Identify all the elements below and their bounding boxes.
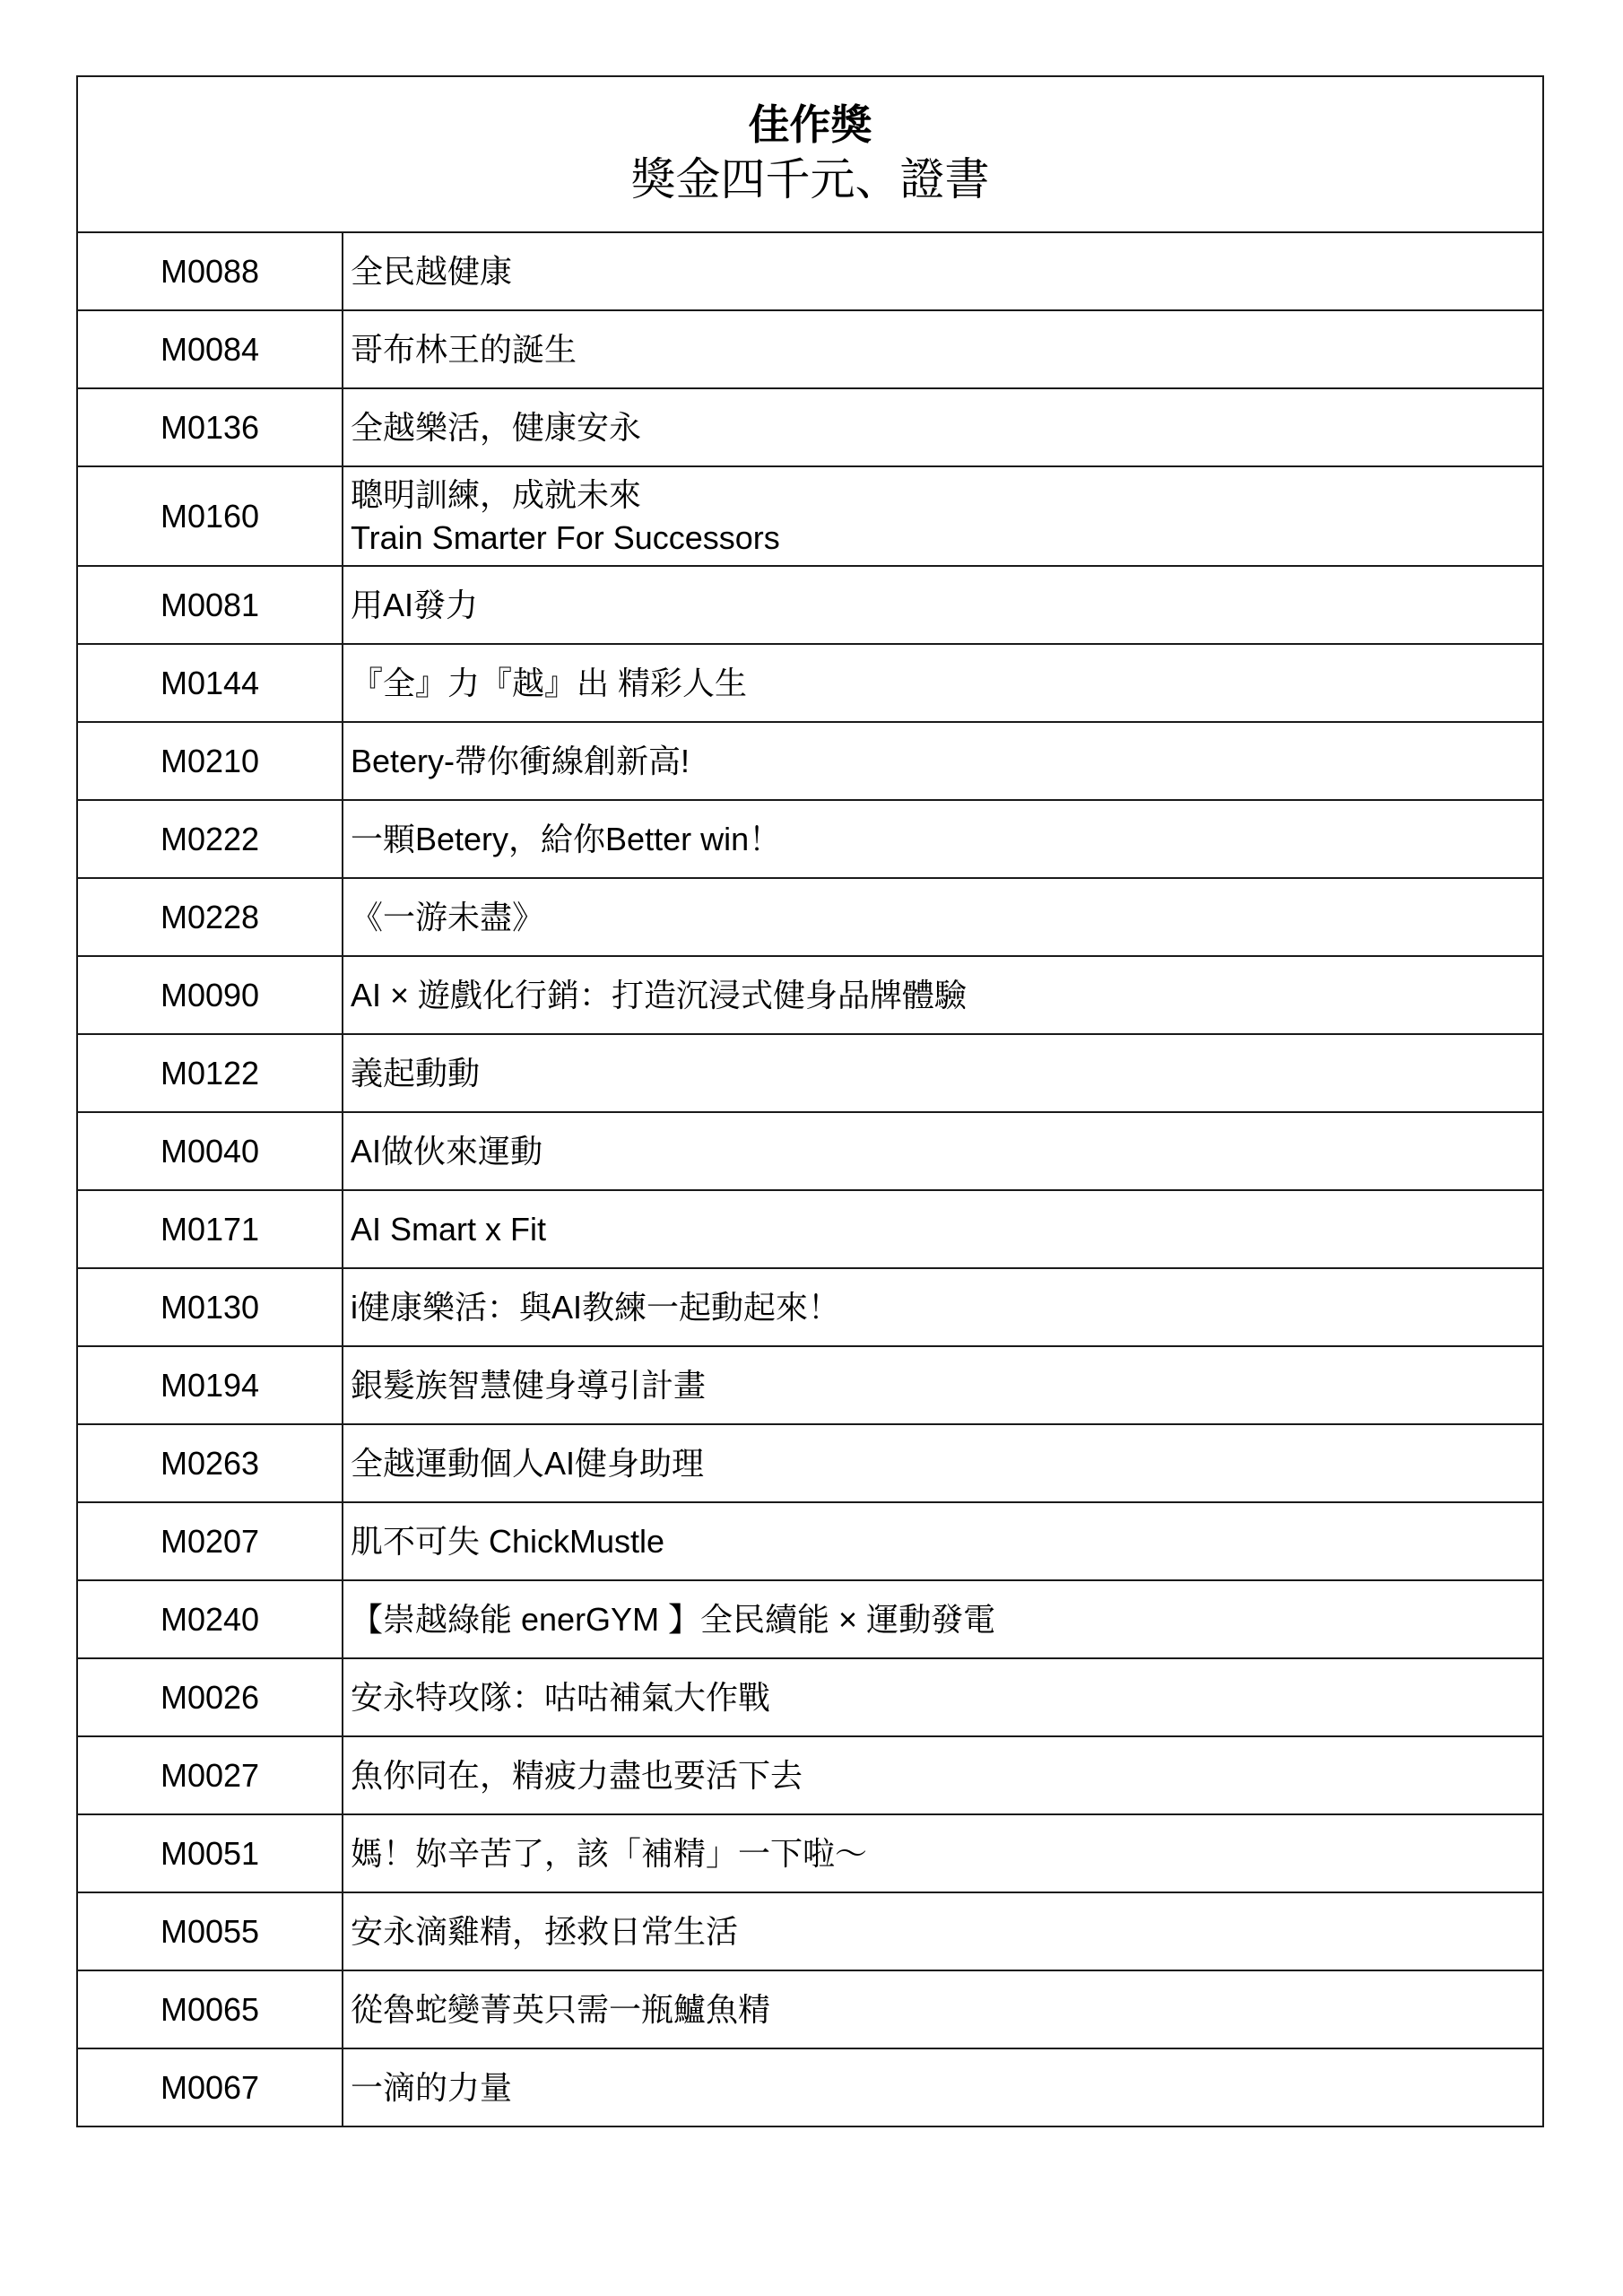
entry-name: 從魯蛇變菁英只需一瓶鱸魚精 — [343, 1970, 1543, 2048]
entry-code: M0136 — [77, 388, 343, 466]
entry-name-line: 從魯蛇變菁英只需一瓶鱸魚精 — [351, 1988, 1542, 2031]
entry-name: 聰明訓練，成就未來Train Smarter For Successors — [343, 466, 1543, 566]
header-cell: 佳作獎 獎金四千元、證書 — [77, 76, 1543, 232]
entry-code: M0040 — [77, 1112, 343, 1190]
table-row: M0207肌不可失 ChickMustle — [77, 1502, 1543, 1580]
entry-code: M0263 — [77, 1424, 343, 1502]
entry-name-line: 銀髮族智慧健身導引計畫 — [351, 1364, 1542, 1407]
entry-name-line: Train Smarter For Successors — [351, 517, 1542, 560]
entry-name-line: 聰明訓練，成就未來 — [351, 474, 1542, 517]
entry-name: AI × 遊戲化行銷：打造沉浸式健身品牌體驗 — [343, 956, 1543, 1034]
entry-code: M0027 — [77, 1736, 343, 1814]
table-row: M0171AI Smart x Fit — [77, 1190, 1543, 1268]
entry-code: M0122 — [77, 1034, 343, 1112]
entry-code: M0194 — [77, 1346, 343, 1424]
entry-code: M0090 — [77, 956, 343, 1034]
entry-name: 安永滴雞精，拯救日常生活 — [343, 1892, 1543, 1970]
entry-name: 全民越健康 — [343, 232, 1543, 310]
entry-name-line: 《一游未盡》 — [351, 896, 1542, 939]
table-row: M0067一滴的力量 — [77, 2048, 1543, 2126]
entry-name: 媽！妳辛苦了，該「補精」一下啦～ — [343, 1814, 1543, 1892]
entry-name: i健康樂活：與AI教練一起動起來！ — [343, 1268, 1543, 1346]
entry-name-line: Betery-帶你衝線創新高! — [351, 740, 1542, 783]
entry-name: 一顆Betery，給你Better win！ — [343, 800, 1543, 878]
entry-name: AI Smart x Fit — [343, 1190, 1543, 1268]
entry-name-line: 『全』力『越』出 精彩人生 — [351, 662, 1542, 705]
entry-name: 銀髮族智慧健身導引計畫 — [343, 1346, 1543, 1424]
entry-code: M0210 — [77, 722, 343, 800]
table-row: M0130i健康樂活：與AI教練一起動起來！ — [77, 1268, 1543, 1346]
table-row: M0222一顆Betery，給你Better win！ — [77, 800, 1543, 878]
table-row: M0228《一游未盡》 — [77, 878, 1543, 956]
entry-code: M0088 — [77, 232, 343, 310]
entry-code: M0207 — [77, 1502, 343, 1580]
entry-name-line: 一顆Betery，給你Better win！ — [351, 818, 1542, 861]
table-row: M0088全民越健康 — [77, 232, 1543, 310]
table-row: M0194銀髮族智慧健身導引計畫 — [77, 1346, 1543, 1424]
entry-name-line: 魚你同在，精疲力盡也要活下去 — [351, 1754, 1542, 1797]
entry-name-line: 安永特攻隊：咕咕補氣大作戰 — [351, 1676, 1542, 1719]
table-row: M0081用AI發力 — [77, 566, 1543, 644]
table-row: M0027魚你同在，精疲力盡也要活下去 — [77, 1736, 1543, 1814]
entry-code: M0067 — [77, 2048, 343, 2126]
entry-code: M0026 — [77, 1658, 343, 1736]
entry-code: M0171 — [77, 1190, 343, 1268]
table-row: M0040AI做伙來運動 — [77, 1112, 1543, 1190]
table-row: M0122義起動動 — [77, 1034, 1543, 1112]
table-row: M0051媽！妳辛苦了，該「補精」一下啦～ — [77, 1814, 1543, 1892]
entry-name-line: 全越運動個人AI健身助理 — [351, 1442, 1542, 1485]
entry-name-line: 【崇越綠能 enerGYM 】全民續能 × 運動發電 — [351, 1598, 1542, 1641]
entry-name: 安永特攻隊：咕咕補氣大作戰 — [343, 1658, 1543, 1736]
table-row: M0026安永特攻隊：咕咕補氣大作戰 — [77, 1658, 1543, 1736]
entry-name: 魚你同在，精疲力盡也要活下去 — [343, 1736, 1543, 1814]
entry-name-line: 肌不可失 ChickMustle — [351, 1520, 1542, 1563]
entry-name-line: AI做伙來運動 — [351, 1130, 1542, 1173]
entry-name-line: 全民越健康 — [351, 250, 1542, 293]
entry-name: 全越運動個人AI健身助理 — [343, 1424, 1543, 1502]
entry-name: 哥布林王的誕生 — [343, 310, 1543, 388]
table-row: M0144『全』力『越』出 精彩人生 — [77, 644, 1543, 722]
award-table: 佳作獎 獎金四千元、證書 M0088全民越健康M0084哥布林王的誕生M0136… — [76, 75, 1544, 2127]
entry-code: M0065 — [77, 1970, 343, 2048]
entry-code: M0084 — [77, 310, 343, 388]
entry-code: M0051 — [77, 1814, 343, 1892]
entry-name-line: 媽！妳辛苦了，該「補精」一下啦～ — [351, 1832, 1542, 1875]
entry-name-line: i健康樂活：與AI教練一起動起來！ — [351, 1286, 1542, 1329]
table-row: M0136全越樂活，健康安永 — [77, 388, 1543, 466]
table-row: M0240【崇越綠能 enerGYM 】全民續能 × 運動發電 — [77, 1580, 1543, 1658]
header-row: 佳作獎 獎金四千元、證書 — [77, 76, 1543, 232]
table-row: M0263全越運動個人AI健身助理 — [77, 1424, 1543, 1502]
entry-code: M0081 — [77, 566, 343, 644]
award-title: 佳作獎 — [78, 99, 1542, 151]
entry-name-line: 一滴的力量 — [351, 2066, 1542, 2109]
entry-code: M0144 — [77, 644, 343, 722]
entry-name: 【崇越綠能 enerGYM 】全民續能 × 運動發電 — [343, 1580, 1543, 1658]
entry-name: Betery-帶你衝線創新高! — [343, 722, 1543, 800]
entry-name-line: 全越樂活，健康安永 — [351, 406, 1542, 449]
entry-code: M0130 — [77, 1268, 343, 1346]
entry-name-line: 用AI發力 — [351, 584, 1542, 627]
entry-name: AI做伙來運動 — [343, 1112, 1543, 1190]
entry-name: 『全』力『越』出 精彩人生 — [343, 644, 1543, 722]
entry-name: 義起動動 — [343, 1034, 1543, 1112]
entry-code: M0055 — [77, 1892, 343, 1970]
entry-code: M0222 — [77, 800, 343, 878]
entry-name-line: AI × 遊戲化行銷：打造沉浸式健身品牌體驗 — [351, 974, 1542, 1017]
entry-name-line: AI Smart x Fit — [351, 1208, 1542, 1251]
entry-name-line: 哥布林王的誕生 — [351, 328, 1542, 371]
entry-name: 《一游未盡》 — [343, 878, 1543, 956]
entry-name-line: 義起動動 — [351, 1052, 1542, 1095]
entry-code: M0240 — [77, 1580, 343, 1658]
entry-code: M0160 — [77, 466, 343, 566]
entry-name-line: 安永滴雞精，拯救日常生活 — [351, 1910, 1542, 1953]
table-row: M0090AI × 遊戲化行銷：打造沉浸式健身品牌體驗 — [77, 956, 1543, 1034]
table-row: M0065從魯蛇變菁英只需一瓶鱸魚精 — [77, 1970, 1543, 2048]
table-row: M0055安永滴雞精，拯救日常生活 — [77, 1892, 1543, 1970]
table-row: M0084哥布林王的誕生 — [77, 310, 1543, 388]
entry-name: 用AI發力 — [343, 566, 1543, 644]
table-row: M0210Betery-帶你衝線創新高! — [77, 722, 1543, 800]
table-row: M0160聰明訓練，成就未來Train Smarter For Successo… — [77, 466, 1543, 566]
entry-name: 一滴的力量 — [343, 2048, 1543, 2126]
entry-code: M0228 — [77, 878, 343, 956]
award-subtitle: 獎金四千元、證書 — [78, 151, 1542, 208]
entry-name: 全越樂活，健康安永 — [343, 388, 1543, 466]
entry-name: 肌不可失 ChickMustle — [343, 1502, 1543, 1580]
